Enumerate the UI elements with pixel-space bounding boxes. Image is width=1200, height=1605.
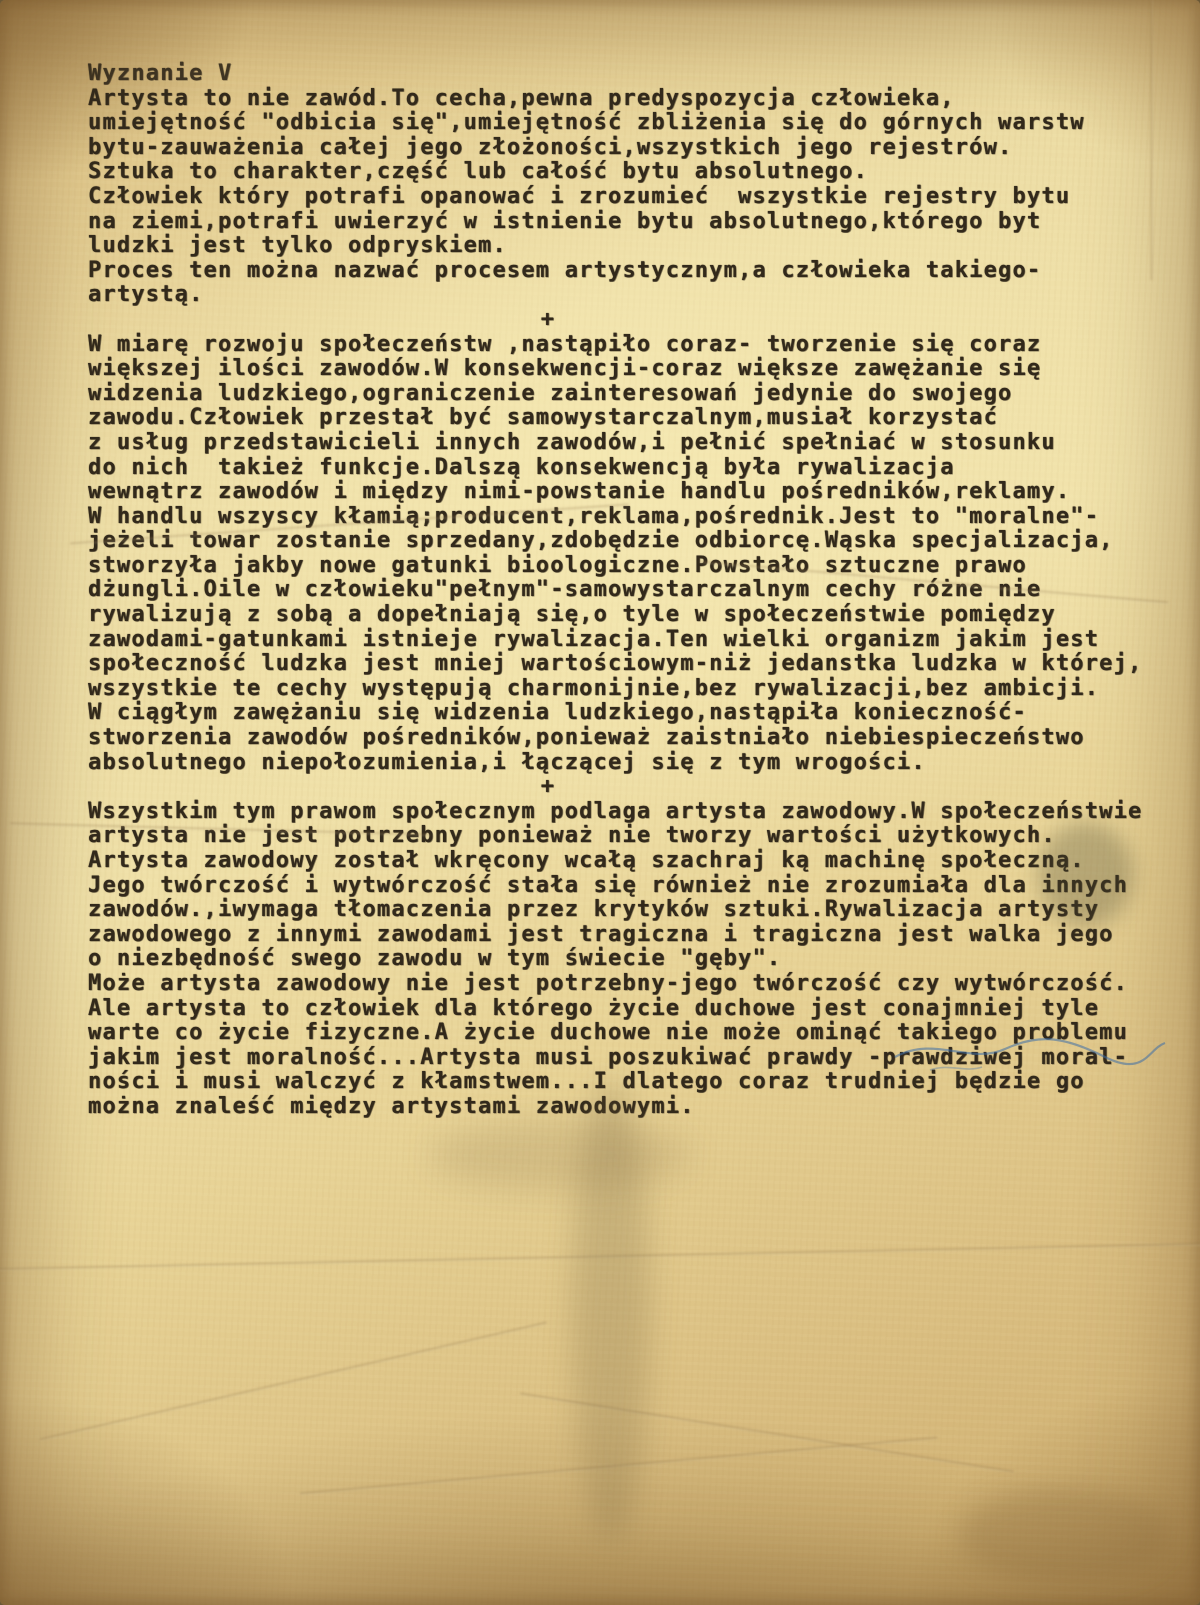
text-line: Proces ten można nazwać procesem artysty…	[88, 259, 1168, 284]
text-line: Artysta to nie zawód.To cecha,pewna pred…	[88, 87, 1168, 112]
text-line: dżungli.Oile w człowieku"pełnym"-samowys…	[88, 578, 1168, 603]
paragraph-separator: +	[88, 775, 1008, 800]
text-line: stworzyła jakby nowe gatunki bioologiczn…	[88, 554, 1168, 579]
text-line: bytu-zauważenia całej jego złożoności,ws…	[88, 136, 1168, 161]
paragraph-separator: +	[88, 308, 1008, 333]
text-line: większej ilości zawodów.W konsekwencji-c…	[88, 357, 1168, 382]
text-line: zawodami-gatunkami istnieje rywalizacja.…	[88, 628, 1168, 653]
text-line: na ziemi,potrafi uwierzyć w istnienie by…	[88, 210, 1168, 235]
text-line: społeczność ludzka jest mniej wartościow…	[88, 652, 1168, 677]
text-line: jeżeli towar zostanie sprzedany,zdobędzi…	[88, 529, 1168, 554]
text-line: Może artysta zawodowy nie jest potrzebny…	[88, 972, 1168, 997]
text-line: W handlu wszyscy kłamią;producent,reklam…	[88, 505, 1168, 530]
text-line: zawodowego z innymi zawodami jest tragic…	[88, 923, 1168, 948]
typewritten-text: Wyznanie VArtysta to nie zawód.To cecha,…	[88, 62, 1168, 1120]
text-line: zawodu.Człowiek przestał być samowystarc…	[88, 406, 1168, 431]
text-line: z usług przedstawicieli innych zawodów,i…	[88, 431, 1168, 456]
text-line: absolutnego niepołozumienia,i łączącej s…	[88, 751, 1168, 776]
text-line: wewnątrz zawodów i między nimi-powstanie…	[88, 480, 1168, 505]
crease-line	[40, 1321, 547, 1441]
paper-sheet: Wyznanie VArtysta to nie zawód.To cecha,…	[0, 0, 1200, 1605]
text-line: o niezbędność swego zawodu w tym świecie…	[88, 947, 1168, 972]
text-line: do nich takież funkcje.Dalszą konsekwenc…	[88, 456, 1168, 481]
text-line: Jego twórczość i wytwórczość stała się r…	[88, 874, 1168, 899]
text-line: widzenia ludzkiego,ograniczenie zaintere…	[88, 382, 1168, 407]
text-line: Człowiek który potrafi opanować i zrozum…	[88, 185, 1168, 210]
text-line: wszystkie te cechy występują charmonijni…	[88, 677, 1168, 702]
stain	[1038, 822, 1133, 927]
text-line: umiejętność "odbicia się",umiejętność zb…	[88, 111, 1168, 136]
pen-scribble	[890, 1015, 1170, 1085]
text-line: W miarę rozwoju społeczeństw ,nastąpiło …	[88, 333, 1168, 358]
text-line: W ciągłym zawężaniu się widzenia ludzkie…	[88, 701, 1168, 726]
text-line: Wszystkim tym prawom społecznym podlaga …	[88, 800, 1168, 825]
text-line: Artysta zawodowy został wkręcony wcałą s…	[88, 849, 1168, 874]
text-line: rywalizują z sobą a dopełniają się,o tyl…	[88, 603, 1168, 628]
text-line: stworzenia zawodów pośredników,ponieważ …	[88, 726, 1168, 751]
text-line: zawodów.,iwymaga tłomaczenia przez kryty…	[88, 898, 1168, 923]
stain	[430, 1120, 690, 1190]
stain	[960, 1488, 1170, 1583]
text-line: artystą.	[88, 283, 1168, 308]
text-line: Sztuka to charakter,część lub całość byt…	[88, 160, 1168, 185]
text-line: ludzki jest tylko odpryskiem.	[88, 234, 1168, 259]
document-title: Wyznanie V	[88, 62, 1168, 87]
crease-line	[1150, 0, 1153, 280]
